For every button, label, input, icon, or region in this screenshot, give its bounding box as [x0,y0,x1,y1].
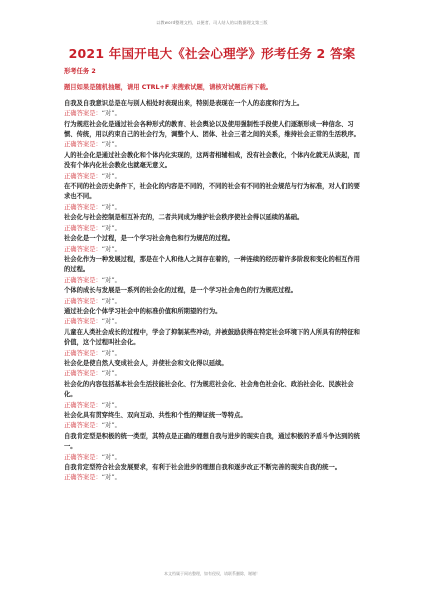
page-footer: 本文档属于网站整理，如有侵权，请联系删除，谢谢！ [0,571,424,577]
answer-line: 正确答案是：“对”。 [64,109,360,119]
question-text: 儿童在人类社会成长的过程中，学会了抑制某些冲动，并被鼓励获得在特定社会环境下的人… [64,328,360,349]
answer-value: “对”。 [102,422,121,429]
answer-value: “对”。 [102,318,121,325]
question-text: 社会化是使自然人变成社会人，并使社会和文化得以延续。 [64,359,360,369]
answer-value: “对”。 [102,277,121,284]
answer-value: “对”。 [102,173,121,180]
answer-line: 正确答案是：“对”。 [64,401,360,411]
answer-value: “对”。 [102,370,121,377]
qa-item: 自我肯定型符合社会发展要求，有利于社会进步的理想自我和逐步改正不断完善的现实自我… [64,463,360,484]
answer-line: 正确答案是：“对”。 [64,276,360,286]
qa-item: 个体的成长与发展是一系列的社会化的过程，是一个学习社会角色的行为规范过程。 正确… [64,286,360,307]
answer-label: 正确答案是： [64,298,102,305]
answer-label: 正确答案是： [64,141,102,148]
qa-item: 自我及自我意识总是在与别人相处时表现出来，特别是表现在一个人的态度和行为上。 正… [64,99,360,120]
question-text: 自我肯定型是积极的统一类型，其特点是正确的理想自我与进步的现实自我，通过积极的矛… [64,432,360,453]
answer-line: 正确答案是：“对”。 [64,317,360,327]
notice-text-before: 题目如果是随机抽题，请用 [64,84,142,91]
answer-value: “对”。 [102,298,121,305]
answer-label: 正确答案是： [64,246,102,253]
answer-label: 正确答案是： [64,350,102,357]
qa-item: 社会化与社会控制是相互补充的，二者共同成为维护社会秩序使社会得以延续的基础。 正… [64,213,360,234]
qa-list: 自我及自我意识总是在与别人相处时表现出来，特别是表现在一个人的态度和行为上。 正… [64,99,360,484]
answer-label: 正确答案是： [64,173,102,180]
qa-item: 在不同的社会历史条件下，社会化的内容是不同的，不同的社会有不同的社会规范与行为标… [64,182,360,213]
answer-line: 正确答案是：“对”。 [64,140,360,150]
answer-label: 正确答案是： [64,110,102,117]
answer-value: “对”。 [102,402,121,409]
question-text: 自我及自我意识总是在与别人相处时表现出来，特别是表现在一个人的态度和行为上。 [64,99,360,109]
question-text: 行为规范社会化是通过社会各种形式的教育、社会舆论以及使用强制性手段使人们逐渐形成… [64,120,360,141]
answer-value: “对”。 [102,225,121,232]
qa-item: 社会化是一个过程，是一个学习社会角色和行为规范的过程。 正确答案是：“对”。 [64,234,360,255]
answer-value: “对”。 [102,204,121,211]
document-title: 2021 年国开电大《社会心理学》形考任务 2 答案 [0,44,424,62]
answer-line: 正确答案是：“对”。 [64,349,360,359]
answer-value: “对”。 [102,141,121,148]
qa-item: 人的社会化是通过社会教化和个体内化实现的，这两者相辅相成，没有社会教化，个体内化… [64,151,360,182]
answer-value: “对”。 [102,246,121,253]
answer-label: 正确答案是： [64,454,102,461]
answer-value: “对”。 [102,350,121,357]
qa-item: 行为规范社会化是通过社会各种形式的教育、社会舆论以及使用强制性手段使人们逐渐形成… [64,120,360,151]
qa-item: 儿童在人类社会成长的过程中，学会了抑制某些冲动，并被鼓励获得在特定社会环境下的人… [64,328,360,359]
question-text: 社会化作为一种发展过程，那是在个人和他人之间存在着的，一种连续的经历着许多阶段和… [64,255,360,276]
answer-line: 正确答案是：“对”。 [64,453,360,463]
answer-line: 正确答案是：“对”。 [64,369,360,379]
answer-label: 正确答案是： [64,277,102,284]
qa-item: 社会化是使自然人变成社会人，并使社会和文化得以延续。 正确答案是：“对”。 [64,359,360,380]
question-text: 社会化具有贯穿终生、双向互动、共性和个性的辩证统一等特点。 [64,411,360,421]
qa-item: 社会化具有贯穿终生、双向互动、共性和个性的辩证统一等特点。 正确答案是：“对”。 [64,411,360,432]
answer-label: 正确答案是： [64,225,102,232]
answer-label: 正确答案是： [64,204,102,211]
answer-line: 正确答案是：“对”。 [64,245,360,255]
qa-item: 自我肯定型是积极的统一类型，其特点是正确的理想自我与进步的现实自我，通过积极的矛… [64,432,360,463]
answer-line: 正确答案是：“对”。 [64,224,360,234]
qa-item: 社会化的内容包括基本社会生活技能社会化、行为规范社会化、社会角色社会化、政治社会… [64,380,360,411]
question-text: 社会化的内容包括基本社会生活技能社会化、行为规范社会化、社会角色社会化、政治社会… [64,380,360,401]
question-text: 社会化与社会控制是相互补充的，二者共同成为维护社会秩序使社会得以延续的基础。 [64,213,360,223]
qa-item: 通过社会化个体学习社会中的标准价值和所期望的行为。 正确答案是：“对”。 [64,307,360,328]
answer-value: “对”。 [102,454,121,461]
answer-label: 正确答案是： [64,402,102,409]
question-text: 个体的成长与发展是一系列的社会化的过程，是一个学习社会角色的行为规范过程。 [64,286,360,296]
qa-item: 社会化作为一种发展过程，那是在个人和他人之间存在着的，一种连续的经历着许多阶段和… [64,255,360,286]
answer-value: “对”。 [102,474,121,481]
question-text: 通过社会化个体学习社会中的标准价值和所期望的行为。 [64,307,360,317]
document-body: 形考任务 2 题目如果是随机抽题，请用 CTRL+F 来搜索试题，请核对试题后再… [64,67,360,484]
answer-line: 正确答案是：“对”。 [64,297,360,307]
answer-line: 正确答案是：“对”。 [64,473,360,483]
answer-line: 正确答案是：“对”。 [64,421,360,431]
answer-line: 正确答案是：“对”。 [64,203,360,213]
answer-line: 正确答案是：“对”。 [64,172,360,182]
page-header: 以教word整理文档，以便者、司人结人的以数据理文第三版 [0,20,424,26]
answer-label: 正确答案是： [64,474,102,481]
answer-label: 正确答案是： [64,318,102,325]
search-notice: 题目如果是随机抽题，请用 CTRL+F 来搜索试题，请核对试题后再下载。 [64,83,360,93]
question-text: 社会化是一个过程，是一个学习社会角色和行为规范的过程。 [64,234,360,244]
section-subtitle: 形考任务 2 [64,67,360,77]
question-text: 人的社会化是通过社会教化和个体内化实现的，这两者相辅相成，没有社会教化，个体内化… [64,151,360,172]
answer-label: 正确答案是： [64,422,102,429]
notice-shortcut: CTRL+F [142,84,169,91]
question-text: 在不同的社会历史条件下，社会化的内容是不同的，不同的社会有不同的社会规范与行为标… [64,182,360,203]
answer-label: 正确答案是： [64,370,102,377]
notice-text-after: 来搜索试题，请核对试题后再下载。 [169,84,272,91]
answer-value: “对”。 [102,110,121,117]
question-text: 自我肯定型符合社会发展要求，有利于社会进步的理想自我和逐步改正不断完善的现实自我… [64,463,360,473]
